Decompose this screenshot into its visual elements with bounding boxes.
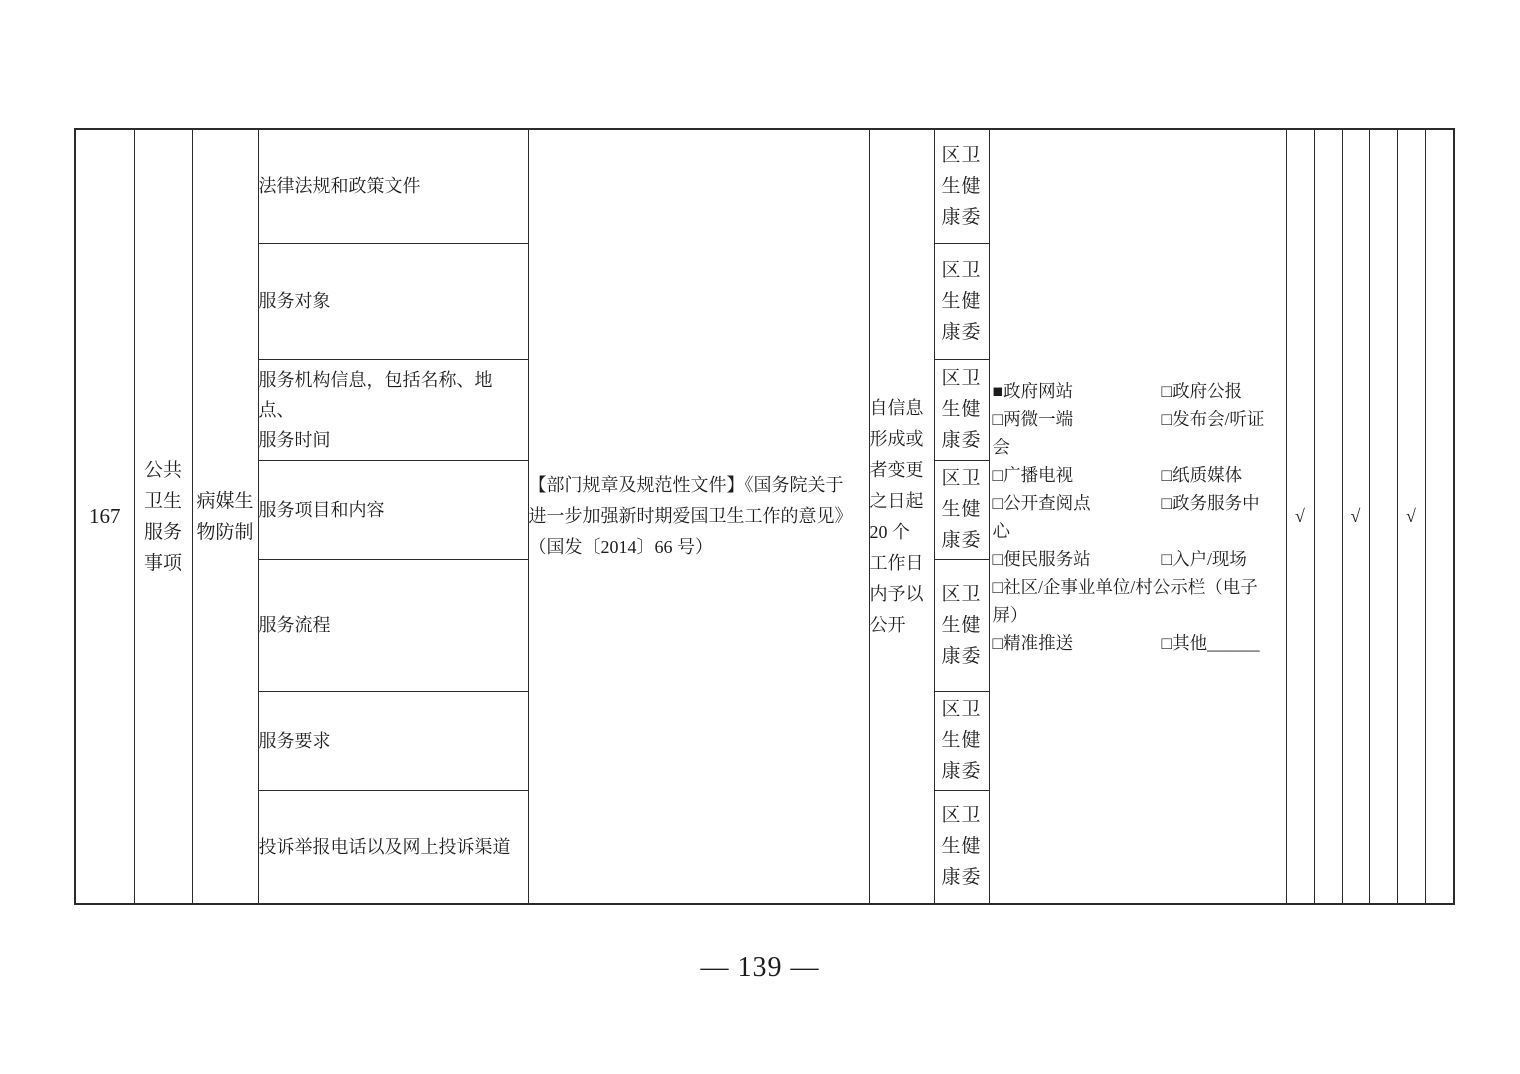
channel-option: □其他______ xyxy=(1162,629,1260,657)
content-item-cell: 服务项目和内容 xyxy=(258,460,528,559)
content-item-cell: 服务要求 xyxy=(258,691,528,790)
channel-option: 会 xyxy=(993,437,1011,457)
channel-line: □便民服务站□入户/现场 xyxy=(990,545,1286,573)
content-item-cell: 服务对象 xyxy=(258,243,528,359)
checkmark-column-6 xyxy=(1425,129,1454,904)
channel-line: 屏） xyxy=(990,601,1286,629)
checkmark-column-4 xyxy=(1369,129,1397,904)
legal-basis-cell: 【部门规章及规范性文件】《国务院关于进一步加强新时期爱国卫生工作的意见》（国发〔… xyxy=(528,129,869,904)
channel-option: □政务服务中 xyxy=(1162,489,1260,517)
content-item-cell: 服务流程 xyxy=(258,559,528,691)
channel-option: 屏） xyxy=(993,605,1028,625)
channel-line: ■政府网站□政府公报 xyxy=(990,377,1286,405)
checkmark-column-5: √ xyxy=(1397,129,1425,904)
channel-option: □社区/企事业单位/村公示栏（电子 xyxy=(993,577,1258,597)
channel-option: □精准推送 xyxy=(993,633,1074,653)
channel-option: □政府公报 xyxy=(1162,377,1243,405)
item-number-cell: 167 xyxy=(75,129,134,904)
responsible-org-cell: 区卫生健康委 xyxy=(934,559,989,691)
channel-line: 会 xyxy=(990,433,1286,461)
subcategory-cell: 病媒生物防制 xyxy=(192,129,258,904)
checkmark-column-1: √ xyxy=(1286,129,1314,904)
disclosure-channels-cell: ■政府网站□政府公报 □两微一端□发布会/听证 会 □广播电视□纸质媒体 □公开… xyxy=(989,129,1286,904)
content-item-cell: 法律法规和政策文件 xyxy=(258,129,528,243)
channel-line: □广播电视□纸质媒体 xyxy=(990,461,1286,489)
channel-option: □入户/现场 xyxy=(1162,545,1247,573)
checkmark-column-3: √ xyxy=(1342,129,1369,904)
channel-option: □纸质媒体 xyxy=(1162,461,1243,489)
channel-option: □发布会/听证 xyxy=(1162,405,1265,433)
checkmark-column-2 xyxy=(1314,129,1342,904)
channel-line: □两微一端□发布会/听证 xyxy=(990,405,1286,433)
channel-option: □公开查阅点 xyxy=(993,493,1091,513)
channel-line: □公开查阅点□政务服务中 xyxy=(990,489,1286,517)
channel-line: □社区/企事业单位/村公示栏（电子 xyxy=(990,573,1286,601)
page-number: — 139 — xyxy=(0,952,1520,984)
channel-option: □便民服务站 xyxy=(993,549,1091,569)
channel-option: □两微一端 xyxy=(993,409,1074,429)
content-item-cell: 投诉举报电话以及网上投诉渠道 xyxy=(258,790,528,904)
responsible-org-cell: 区卫生健康委 xyxy=(934,129,989,243)
responsible-org-cell: 区卫生健康委 xyxy=(934,243,989,359)
content-item-cell: 服务机构信息，包括名称、地点、服务时间 xyxy=(258,359,528,460)
responsible-org-cell: 区卫生健康委 xyxy=(934,790,989,904)
disclosure-deadline-cell: 自信息形成或者变更之日起20 个工作日内予以公开 xyxy=(869,129,934,904)
document-page: 167 公共卫生服务事项 病媒生物防制 法律法规和政策文件 【部门规章及规范性文… xyxy=(0,0,1520,1074)
channel-line: 心 xyxy=(990,517,1286,545)
category-cell: 公共卫生服务事项 xyxy=(134,129,192,904)
responsible-org-cell: 区卫生健康委 xyxy=(934,460,989,559)
channel-line: □精准推送□其他______ xyxy=(990,629,1286,657)
channel-option: □广播电视 xyxy=(993,465,1074,485)
responsible-org-cell: 区卫生健康委 xyxy=(934,691,989,790)
public-disclosure-table: 167 公共卫生服务事项 病媒生物防制 法律法规和政策文件 【部门规章及规范性文… xyxy=(74,128,1455,905)
channel-option: 心 xyxy=(993,521,1011,541)
channel-option: ■政府网站 xyxy=(993,381,1074,401)
responsible-org-cell: 区卫生健康委 xyxy=(934,359,989,460)
